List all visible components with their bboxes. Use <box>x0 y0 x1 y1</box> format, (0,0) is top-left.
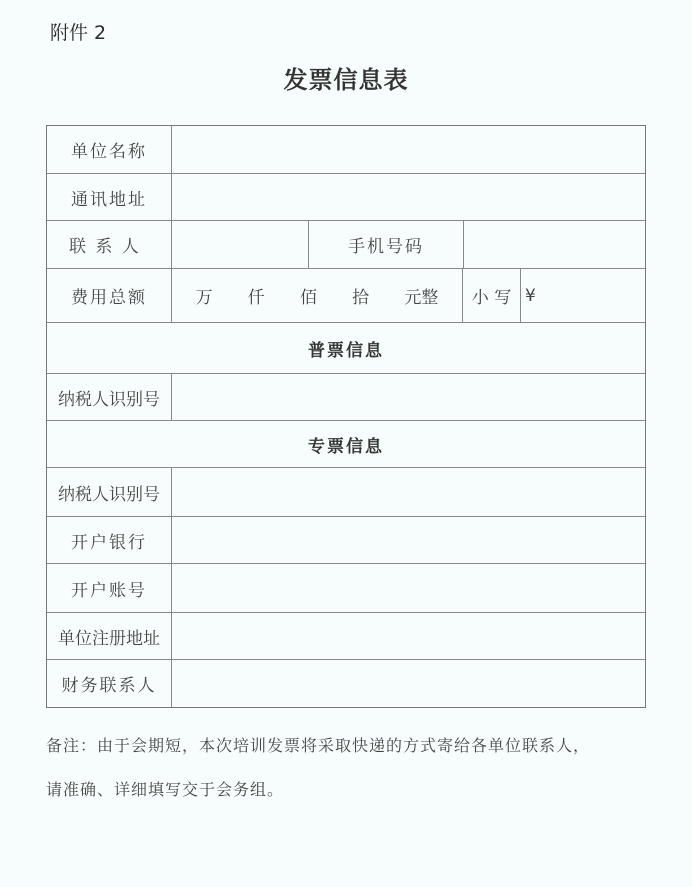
lowercase-label: 小 写 <box>463 269 521 322</box>
invoice-info-form: 单位名称 通讯地址 联 系 人 手机号码 费用总额 万 仟 佰 拾 元整 小 写… <box>46 125 646 708</box>
registered-address-field[interactable] <box>172 613 645 659</box>
row-total-fee: 费用总额 万 仟 佰 拾 元整 小 写 ¥ <box>47 269 645 323</box>
attachment-label: 附件 2 <box>50 18 106 45</box>
row-registered-address: 单位注册地址 <box>47 613 645 660</box>
unit-wan: 万 <box>196 283 213 308</box>
mobile-field[interactable] <box>464 221 645 268</box>
account-label: 开户账号 <box>47 564 172 612</box>
unit-shi: 拾 <box>352 283 369 308</box>
remark-note: 备注：由于会期短，本次培训发票将采取快递的方式寄给各单位联系人， 请准确、详细填… <box>46 724 656 812</box>
currency-symbol: ¥ <box>525 286 536 306</box>
row-contact: 联 系 人 手机号码 <box>47 221 645 269</box>
row-account: 开户账号 <box>47 564 645 613</box>
mail-address-label: 通讯地址 <box>47 174 172 220</box>
special-taxpayer-id-field[interactable] <box>172 468 645 516</box>
special-taxpayer-id-label: 纳税人识别号 <box>47 468 172 516</box>
account-field[interactable] <box>172 564 645 612</box>
unit-yuan: 元整 <box>404 283 438 308</box>
unit-name-label: 单位名称 <box>47 126 172 173</box>
finance-contact-field[interactable] <box>172 660 645 707</box>
mail-address-field[interactable] <box>172 174 645 220</box>
row-general-invoice-header: 普票信息 <box>47 323 645 374</box>
registered-address-label: 单位注册地址 <box>47 613 172 659</box>
total-fee-lowercase-field[interactable]: ¥ <box>521 269 645 322</box>
remark-line-1: 备注：由于会期短，本次培训发票将采取快递的方式寄给各单位联系人， <box>46 724 656 768</box>
remark-line-2: 请准确、详细填写交于会务组。 <box>46 768 656 812</box>
row-bank: 开户银行 <box>47 517 645 564</box>
finance-contact-label: 财务联系人 <box>47 660 172 707</box>
total-fee-uppercase-field[interactable]: 万 仟 佰 拾 元整 <box>172 269 463 322</box>
page-title: 发票信息表 <box>0 60 692 95</box>
row-special-invoice-header: 专票信息 <box>47 421 645 468</box>
special-invoice-section-title: 专票信息 <box>47 421 645 467</box>
contact-field[interactable] <box>172 221 309 268</box>
row-finance-contact: 财务联系人 <box>47 660 645 707</box>
unit-bai: 佰 <box>300 283 317 308</box>
unit-qian: 仟 <box>248 283 265 308</box>
general-taxpayer-id-field[interactable] <box>172 374 645 420</box>
general-taxpayer-id-label: 纳税人识别号 <box>47 374 172 420</box>
amount-units: 万 仟 佰 拾 元整 <box>172 283 462 308</box>
row-special-taxpayer-id: 纳税人识别号 <box>47 468 645 517</box>
bank-label: 开户银行 <box>47 517 172 563</box>
row-unit-name: 单位名称 <box>47 126 645 174</box>
unit-name-field[interactable] <box>172 126 645 173</box>
row-mail-address: 通讯地址 <box>47 174 645 221</box>
total-fee-label: 费用总额 <box>47 269 172 322</box>
row-general-taxpayer-id: 纳税人识别号 <box>47 374 645 421</box>
bank-field[interactable] <box>172 517 645 563</box>
mobile-label: 手机号码 <box>309 221 464 268</box>
contact-label: 联 系 人 <box>47 221 172 268</box>
general-invoice-section-title: 普票信息 <box>47 323 645 373</box>
